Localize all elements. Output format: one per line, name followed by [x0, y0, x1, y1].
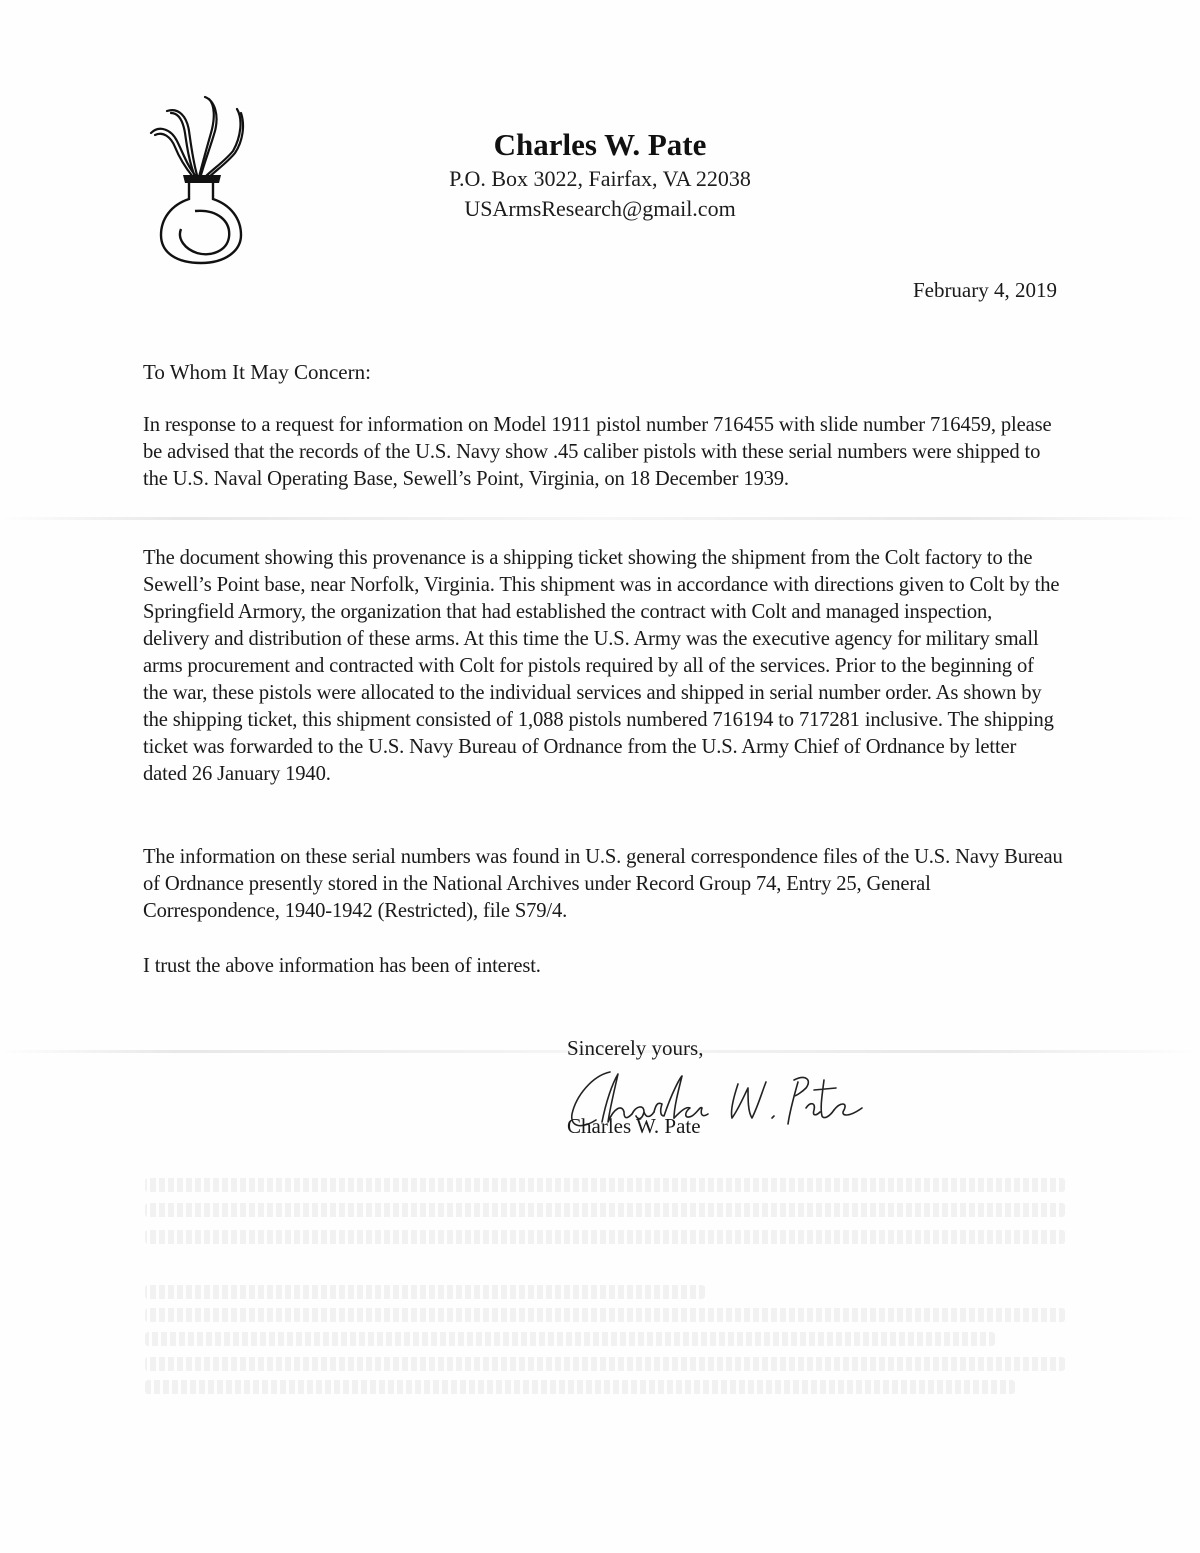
signer-name: Charles W. Pate	[567, 1112, 701, 1140]
flaming-grenade-icon	[145, 95, 257, 265]
sender-address: P.O. Box 3022, Fairfax, VA 22038	[380, 164, 820, 194]
paragraph-source: The information on these serial numbers …	[143, 844, 1063, 925]
bleed-through-artifact	[145, 1230, 1065, 1244]
sender-name: Charles W. Pate	[380, 126, 820, 164]
bleed-through-artifact	[145, 1178, 1065, 1192]
scan-fold-line	[0, 517, 1200, 520]
bleed-through-artifact	[145, 1380, 1015, 1394]
bleed-through-artifact	[145, 1203, 1065, 1217]
letterhead: Charles W. Pate P.O. Box 3022, Fairfax, …	[380, 126, 820, 224]
salutation: To Whom It May Concern:	[143, 358, 371, 386]
bleed-through-artifact	[145, 1285, 705, 1299]
paragraph-closing-remark: I trust the above information has been o…	[143, 953, 1063, 980]
paragraph-request: In response to a request for information…	[143, 412, 1063, 493]
letter-page: Charles W. Pate P.O. Box 3022, Fairfax, …	[0, 0, 1200, 1553]
bleed-through-artifact	[145, 1357, 1065, 1371]
bleed-through-artifact	[145, 1332, 995, 1346]
closing: Sincerely yours,	[567, 1034, 703, 1062]
paragraph-provenance: The document showing this provenance is …	[143, 545, 1063, 788]
sender-email: USArmsResearch@gmail.com	[380, 194, 820, 224]
bleed-through-artifact	[145, 1308, 1065, 1322]
letter-date: February 4, 2019	[913, 276, 1057, 304]
